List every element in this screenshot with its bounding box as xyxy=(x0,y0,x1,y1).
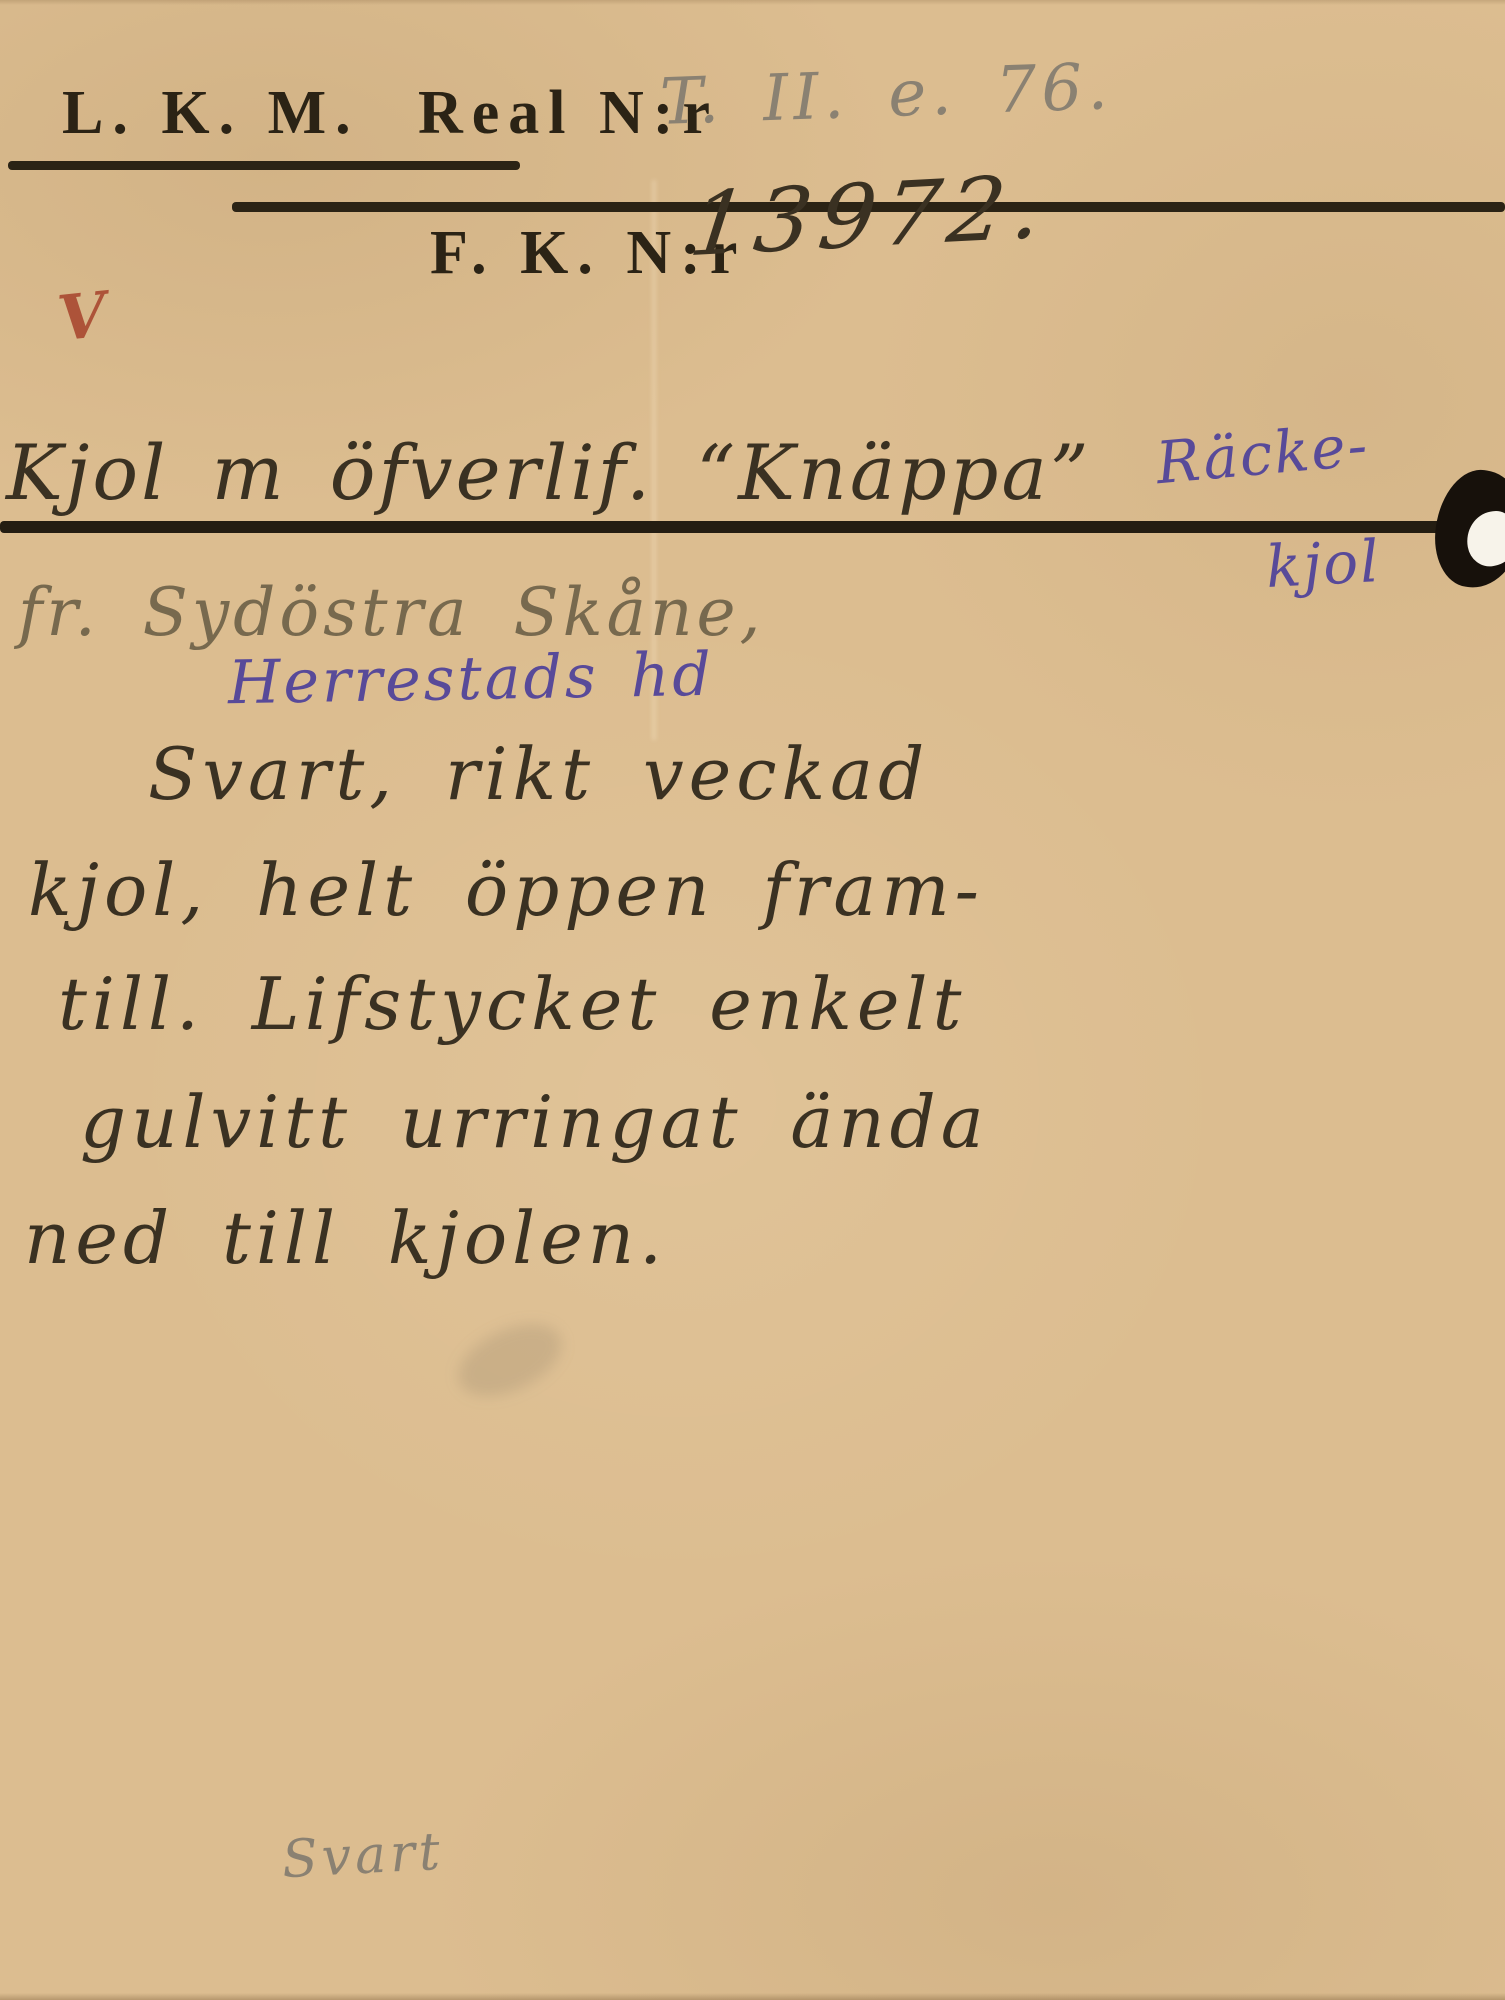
body-line: till. Lifstycket enkelt xyxy=(58,962,966,1046)
fk-nr-value-handwritten: 13972. xyxy=(684,155,1055,276)
red-check-mark: V xyxy=(54,278,109,356)
org-initials: L. K. M. xyxy=(62,78,360,149)
pencil-smudge xyxy=(447,1310,572,1411)
title-annotation-line2: kjol xyxy=(1264,527,1382,601)
card-top-edge xyxy=(0,0,1505,5)
title-annotation-line1: Räcke- xyxy=(1153,411,1371,497)
torn-hole-center xyxy=(1462,508,1505,570)
body-line: kjol, helt öppen fram- xyxy=(28,848,984,932)
header-rule-left xyxy=(8,161,520,170)
title-rule xyxy=(0,521,1448,533)
title-handwritten: Kjol m öfverlif. “Knäppa” xyxy=(6,428,1092,517)
card-bottom-edge xyxy=(0,1993,1505,2000)
origin-handwritten: fr. Sydöstra Skåne, xyxy=(18,574,765,651)
body-line: ned till kjolen. xyxy=(24,1196,667,1280)
catalog-card: L. K. M. Real N:r T. II. e. 76. F. K. N:… xyxy=(0,0,1505,2000)
origin-annotation-purple: Herrestads hd xyxy=(227,640,714,718)
body-line: Svart, rikt veckad xyxy=(148,732,929,816)
body-line: gulvitt urringat ända xyxy=(80,1080,989,1164)
real-nr-value-handwritten: T. II. e. 76. xyxy=(659,50,1114,140)
torn-hole xyxy=(1428,465,1505,594)
bottom-pencil-note: Svart xyxy=(281,1822,446,1890)
